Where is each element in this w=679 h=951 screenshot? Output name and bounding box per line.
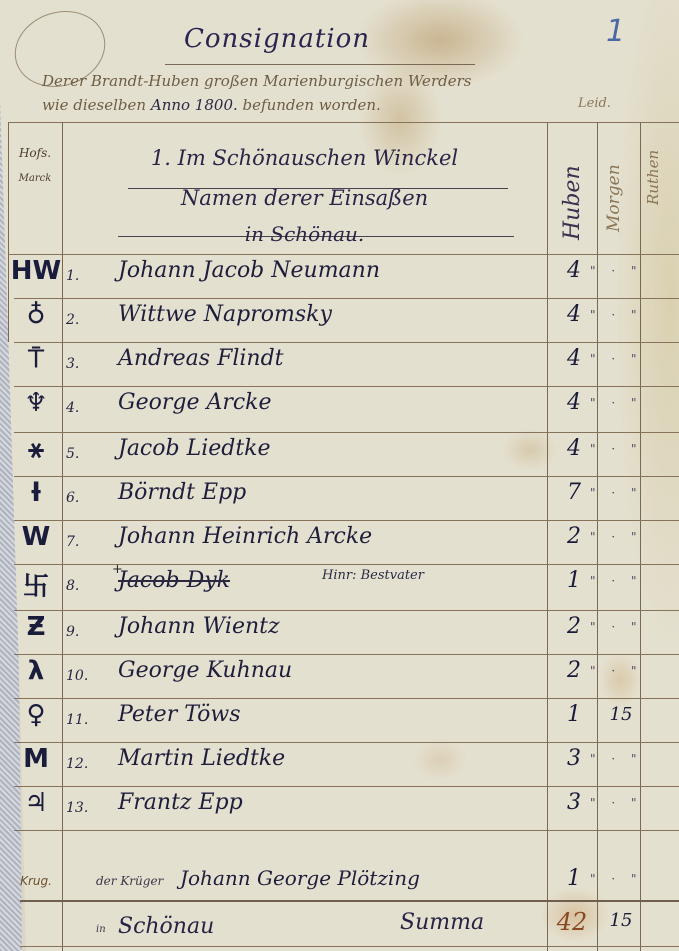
row-index: 6. [66,490,79,506]
row-index: 3. [66,356,79,372]
row-name: Frantz Epp [118,790,243,815]
row-name: Börndt Epp [118,480,246,505]
row-note: Hinr: Bestvater [322,568,424,583]
row-huben: 1 [560,702,588,727]
table-row: ⍑3.Andreas Flindt4" · " [0,342,679,386]
house-mark-icon: W [10,522,62,552]
row-index: 5. [66,446,79,462]
row-morgen: 15 [606,704,636,725]
row-index: 11. [66,712,88,728]
table-row: M12.Martin Liedtke3" · " [0,742,679,786]
subtitle-before: wie dieselben [42,96,146,114]
row-name: Jacob Liedtke [118,436,271,461]
row-huben: 4 [560,346,588,371]
table-row: ♁2.Wittwe Napromsky4" · " [0,298,679,342]
row-name: George Kuhnau [118,658,292,683]
house-mark-icon: ⍑ [10,344,62,375]
ditto-marks: " · " [590,530,642,544]
row-index: 10. [66,668,88,684]
row-name: Johann Heinrich Arcke [118,524,372,549]
ruthen-column-header: Ruthen [644,150,662,205]
house-mark-icon: Ƶ [10,612,62,642]
document-title: Consignation [184,24,370,54]
mark-column-header: Hofs. Marck [10,140,60,192]
ditto-marks: " · " [590,620,642,634]
row-huben: 1 [560,866,588,891]
krug-prefix: der Krüger [96,874,163,888]
row-huben: 2 [560,524,588,549]
row-index: 2. [66,312,79,328]
house-mark-icon: λ [10,656,62,686]
table-row: 卐+8.Jacob DykHinr: Bestvater1" · " [0,564,679,610]
row-name: Martin Liedtke [118,746,285,771]
row-name: Peter Töws [118,702,241,727]
row-index: 12. [66,756,88,772]
table-top-border [8,122,679,123]
row-name: Johann George Plötzing [180,866,420,890]
summary-row: in Schönau Summa 42 15 [0,904,679,940]
subtitle-year: Anno 1800. [151,96,238,114]
row-index: 1. [66,268,79,284]
table-row: ♀11.Peter Töws115 [0,698,679,742]
ditto-marks: " · " [590,796,642,810]
row-huben: 4 [560,436,588,461]
row-name: Johann Jacob Neumann [118,258,380,283]
house-mark-icon: ♃ [10,788,62,818]
ditto-marks: " · " [590,872,642,886]
row-index: 13. [66,800,88,816]
row-huben: 2 [560,614,588,639]
summary-huben-total: 42 [552,908,592,936]
page-number: 1 [606,14,625,49]
ditto-marks: " · " [590,352,642,366]
ditto-marks: " · " [590,752,642,766]
summary-morgen-total: 15 [606,910,636,931]
row-huben: 3 [560,746,588,771]
table-bottom-rule [20,946,679,947]
house-mark-icon: M [10,744,62,774]
table-row: W7.Johann Heinrich Arcke2" · " [0,520,679,564]
house-mark-icon: ♁ [10,300,62,330]
section-heading: 1. Im Schönauschen Winckel [62,146,547,170]
side-note: Leid. [578,96,611,111]
title-underline [165,64,475,65]
ditto-marks: " · " [590,396,642,410]
krug-row: Krug. der Krüger Johann George Plötzing … [0,862,679,898]
table-row: ƚ6.Börndt Epp7" · " [0,476,679,520]
row-huben: 1 [560,568,588,593]
row-name: Wittwe Napromsky [118,302,332,327]
row-index: 9. [66,624,79,640]
ditto-marks: " · " [590,308,642,322]
row-name: Jacob Dyk [118,568,230,593]
morgen-column-header: Morgen [604,164,624,232]
mark-header-line1: Hofs. [10,140,60,166]
house-mark-icon: HW [10,256,62,286]
row-index: 8. [66,578,79,594]
row-index: 4. [66,400,79,416]
summary-label: Summa [400,910,484,935]
subtitle-line-2: wie dieselben Anno 1800. befunden worden… [42,96,381,114]
house-mark-icon: 卐 [10,566,62,603]
summary-place: Schönau [118,914,214,939]
row-rule [14,830,679,831]
ditto-marks: " · " [590,442,642,456]
row-huben: 3 [560,790,588,815]
location-header: in Schönau. [62,222,547,246]
summary-double-rule [20,900,679,902]
row-mark: Krug. [10,874,62,888]
row-huben: 4 [560,258,588,283]
names-column-header: Namen derer Einsaßen [62,186,547,210]
huben-column-header: Huben [560,165,585,240]
house-mark-icon: ♀ [10,700,62,730]
house-mark-icon: ƚ [10,478,62,508]
row-huben: 4 [560,302,588,327]
house-mark-icon: ♆ [10,388,62,418]
table-row: Ƶ9.Johann Wientz2" · " [0,610,679,654]
table-row: ⚹5.Jacob Liedtke4" · " [0,432,679,476]
summary-prefix: in [96,924,106,935]
mark-header-line2: Marck [10,166,60,192]
house-mark-icon: ⚹ [10,434,62,465]
row-name: Andreas Flindt [118,346,284,371]
table-row: ♃13.Frantz Epp3" · " [0,786,679,830]
row-name: George Arcke [118,390,272,415]
ditto-marks: " · " [590,264,642,278]
ditto-marks: " · " [590,664,642,678]
subtitle-line-1: Derer Brandt-Huben großen Marienburgisch… [42,72,471,90]
subtitle-after: befunden worden. [243,96,381,114]
row-huben: 4 [560,390,588,415]
table-row: HW1.Johann Jacob Neumann4" · " [0,254,679,298]
ditto-marks: " · " [590,486,642,500]
row-huben: 2 [560,658,588,683]
row-index: 7. [66,534,79,550]
ditto-marks: " · " [590,574,642,588]
row-name: Johann Wientz [118,614,280,639]
table-row: ♆4.George Arcke4" · " [0,386,679,432]
row-huben: 7 [560,480,588,505]
table-row: λ10.George Kuhnau2" · " [0,654,679,698]
